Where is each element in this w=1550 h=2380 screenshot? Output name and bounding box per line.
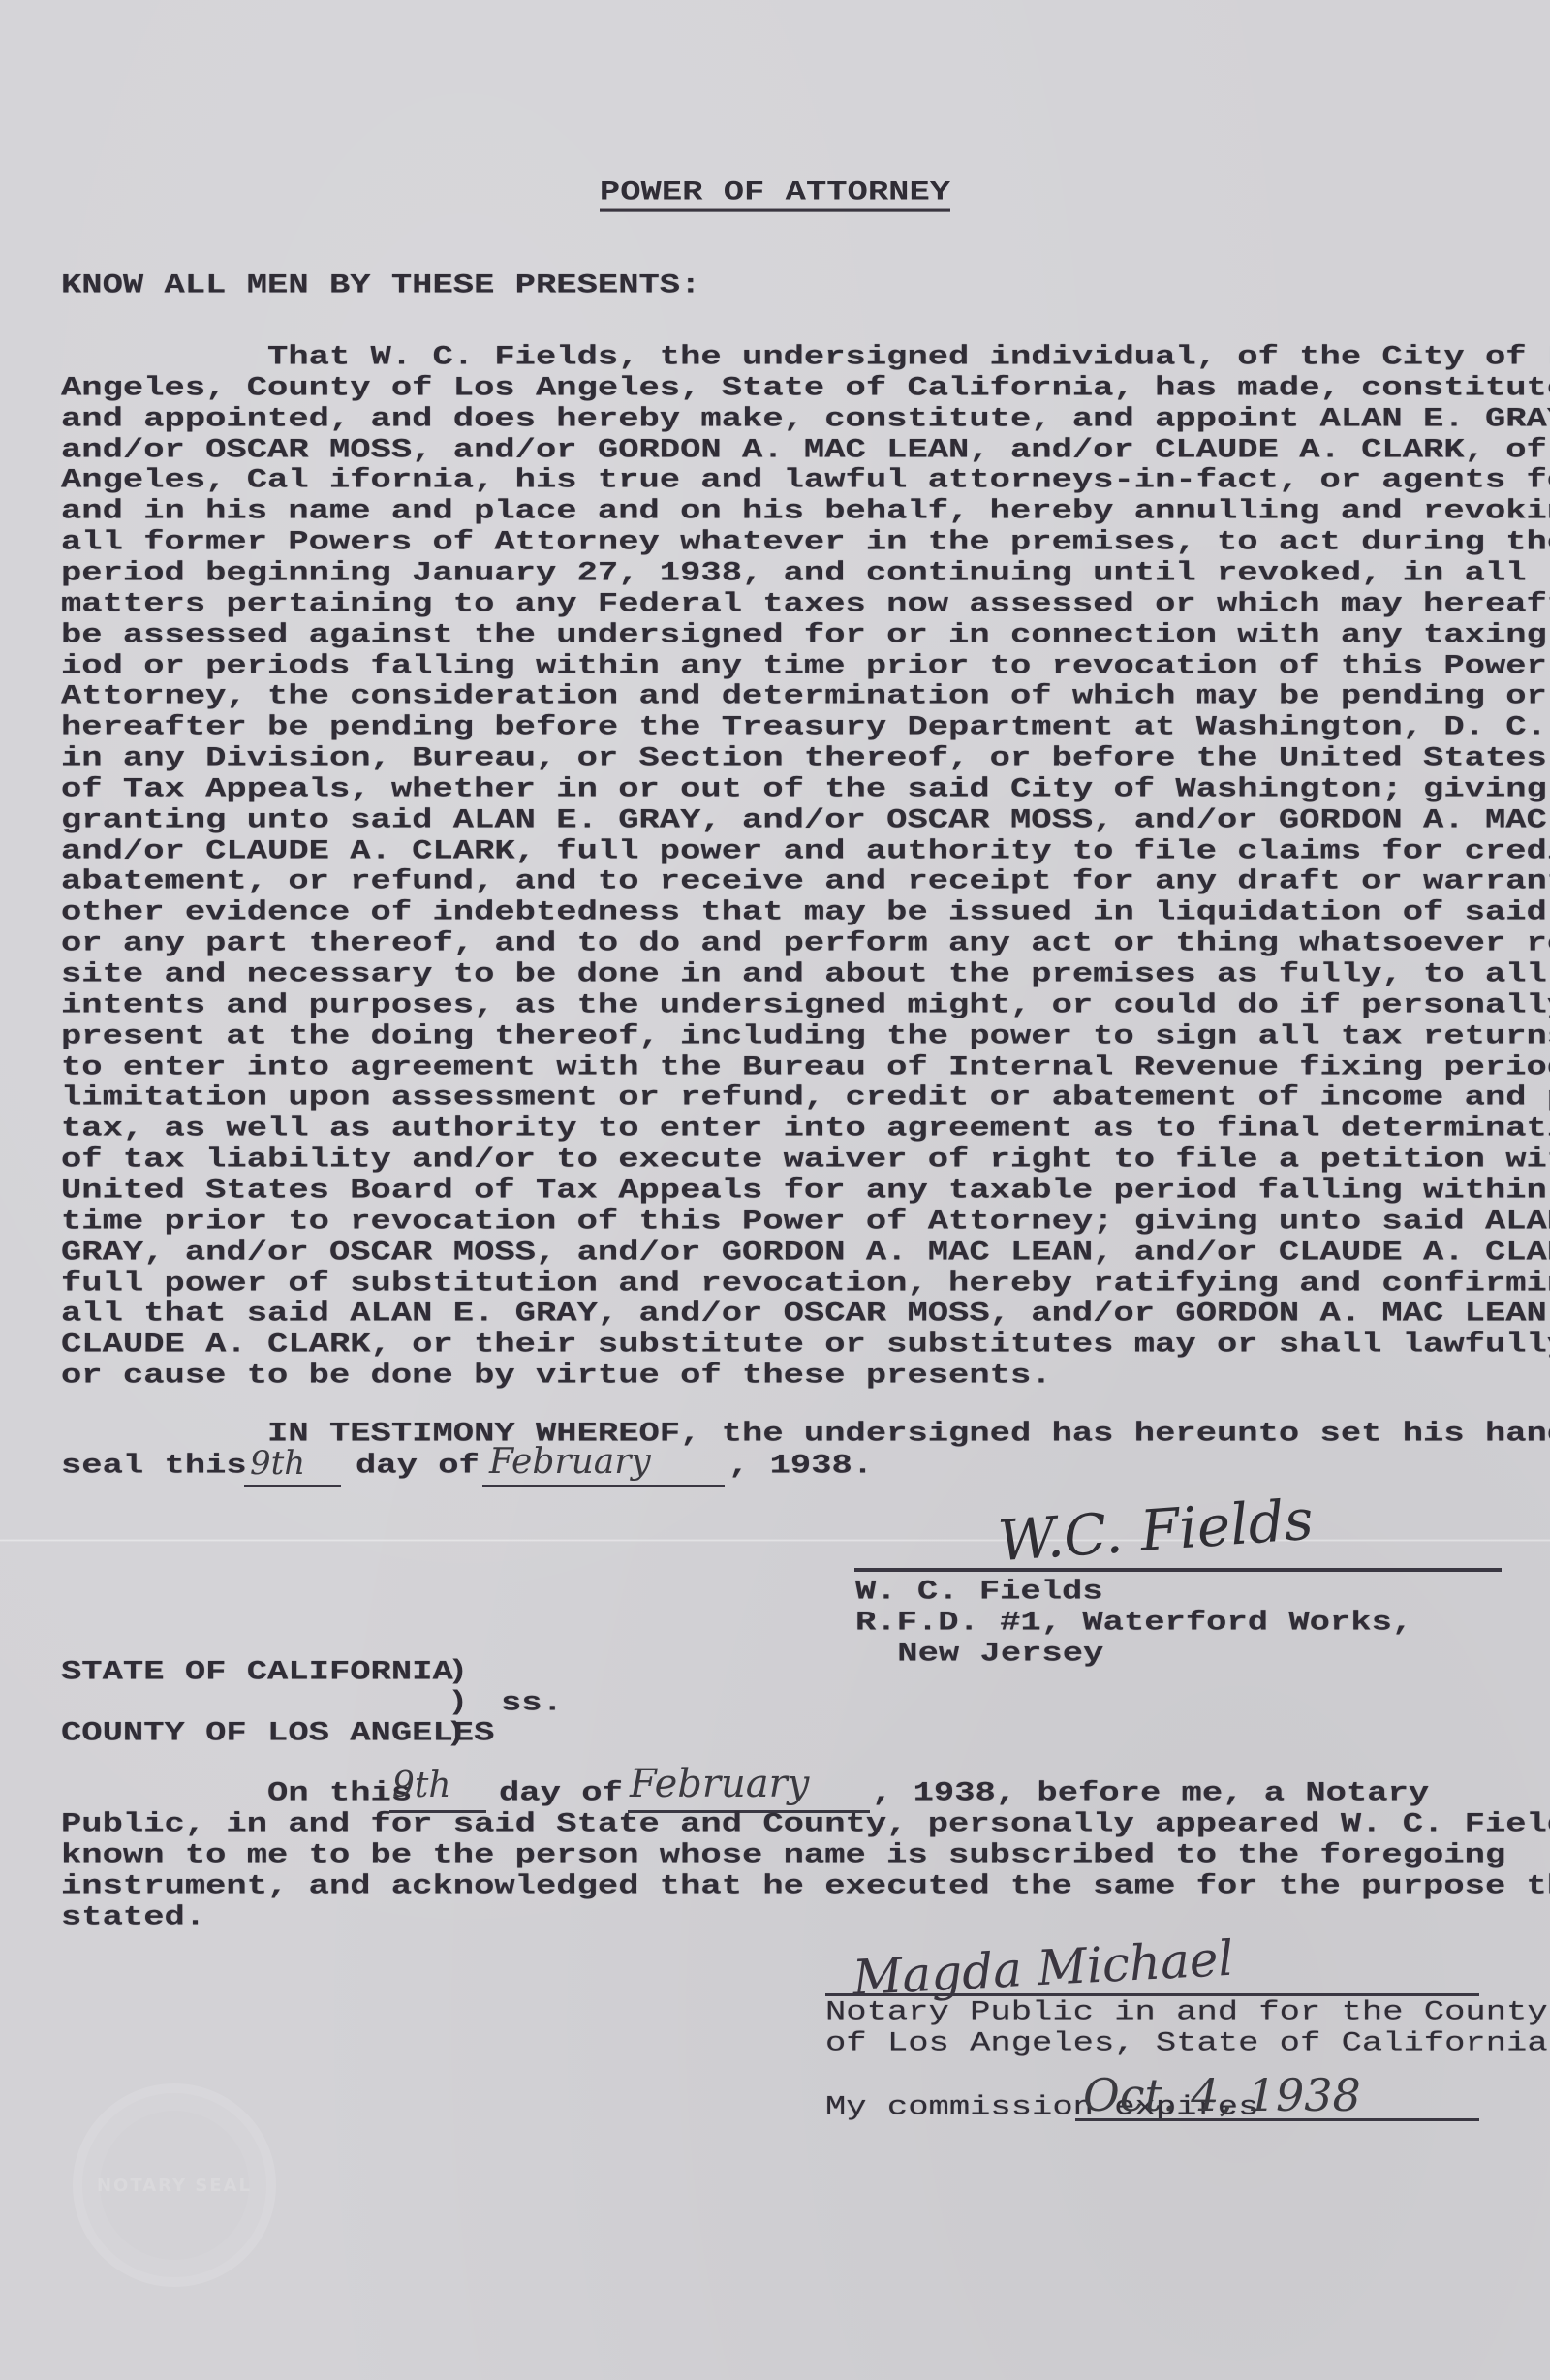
venue-county: COUNTY OF LOS ANGELES [61, 1721, 494, 1745]
venue-state: STATE OF CALIFORNIA [61, 1660, 453, 1684]
body-line: site and necessary to be done in and abo… [61, 962, 1547, 986]
venue-bracket-bottom: ) [446, 1717, 466, 1748]
body-line: of tax liability and/or to execute waive… [61, 1147, 1550, 1172]
body-line: be assessed against the undersigned for … [61, 623, 1550, 647]
ack-line-1: Public, in and for said State and County… [61, 1812, 1550, 1836]
embossed-notary-seal: NOTARY SEAL [73, 2083, 276, 2287]
body-line: period beginning January 27, 1938, and c… [61, 561, 1527, 585]
handwritten-month: February [489, 1442, 651, 1482]
ack-line-4: stated. [61, 1905, 205, 1929]
body-line: or any part thereof, and to do and perfo… [61, 931, 1550, 955]
body-line: and/or OSCAR MOSS, and/or GORDON A. MAC … [61, 438, 1550, 462]
body-line: tax, as well as authority to enter into … [61, 1116, 1550, 1141]
body-line: time prior to revocation of this Power o… [61, 1209, 1550, 1234]
document-title-wrap: POWER OF ATTORNEY [0, 176, 1550, 222]
grantor-signature: W.C. Fields [996, 1487, 1316, 1575]
ack-handwritten-day: 9th [392, 1766, 451, 1805]
notary-title-2: of Los Angeles, State of California [825, 2031, 1548, 2055]
ack-line-3: instrument, and acknowledged that he exe… [61, 1874, 1550, 1898]
ack-suffix: , 1938, before me, a Notary [872, 1781, 1429, 1805]
venue-bracket-mid: ) [448, 1686, 468, 1717]
body-line: and appointed, and does hereby make, con… [61, 407, 1550, 431]
ack-handwritten-month: February [630, 1762, 809, 1806]
body-line: of Tax Appeals, whether in or out of the… [61, 777, 1550, 801]
body-line: in any Division, Bureau, or Section ther… [61, 746, 1550, 770]
testimony-line-2-prefix: seal this [61, 1454, 247, 1478]
body-line: full power of substitution and revocatio… [61, 1271, 1550, 1296]
body-line: GRAY, and/or OSCAR MOSS, and/or GORDON A… [61, 1240, 1550, 1265]
ack-prefix: On this [61, 1781, 412, 1805]
body-line: Angeles, Cal ifornia, his true and lawfu… [61, 468, 1550, 492]
testimony-year: , 1938. [728, 1454, 873, 1478]
grantor-address-2: New Jersey [877, 1642, 1103, 1666]
grantor-address-1: R.F.D. #1, Waterford Works, [855, 1611, 1412, 1635]
ack-day-of: day of [499, 1781, 623, 1805]
ack-line-2: known to me to be the person whose name … [61, 1843, 1505, 1867]
notary-title-1: Notary Public in and for the County [825, 2000, 1548, 2024]
body-line: intents and purposes, as the undersigned… [61, 993, 1550, 1018]
venue-bracket-top: ) [448, 1655, 468, 1686]
venue-ss: ss. [501, 1691, 563, 1715]
day-underline [244, 1485, 341, 1487]
commission-date: Oct. 4, 1938 [1083, 2069, 1361, 2121]
body-line: Angeles, County of Los Angeles, State of… [61, 376, 1550, 400]
body-line: matters pertaining to any Federal taxes … [61, 592, 1550, 616]
seal-text: NOTARY SEAL [97, 2176, 252, 2196]
body-line: all that said ALAN E. GRAY, and/or OSCAR… [61, 1301, 1550, 1326]
body-line: iod or periods falling within any time p… [61, 654, 1550, 678]
body-line: Attorney, the consideration and determin… [61, 684, 1550, 708]
handwritten-day: 9th [250, 1444, 305, 1483]
commission-date-underline [1075, 2118, 1479, 2121]
body-line: United States Board of Tax Appeals for a… [61, 1178, 1550, 1203]
body-line: granting unto said ALAN E. GRAY, and/or … [61, 808, 1550, 832]
body-line: other evidence of indebtedness that may … [61, 900, 1550, 924]
body-line: or cause to be done by virtue of these p… [61, 1363, 1052, 1388]
body-line: That W. C. Fields, the undersigned indiv… [61, 345, 1550, 369]
body-line: and in his name and place and on his beh… [61, 499, 1550, 523]
body-line: and/or CLAUDE A. CLARK, full power and a… [61, 839, 1550, 863]
testimony-day-of: day of [356, 1454, 480, 1478]
paper-fold-crease [0, 1539, 1550, 1542]
body-line: hereafter be pending before the Treasury… [61, 715, 1550, 739]
body-line: present at the doing thereof, including … [61, 1024, 1550, 1049]
grantor-name: W. C. Fields [855, 1580, 1103, 1604]
document-title: POWER OF ATTORNEY [600, 176, 950, 212]
body-line: limitation upon assessment or refund, cr… [61, 1085, 1550, 1110]
grantor-signature-line [854, 1568, 1502, 1572]
salutation: KNOW ALL MEN BY THESE PRESENTS: [61, 273, 700, 297]
body-line: to enter into agreement with the Bureau … [61, 1055, 1550, 1080]
month-underline [482, 1485, 725, 1487]
body-line: abatement, or refund, and to receive and… [61, 869, 1550, 893]
body-line: all former Powers of Attorney whatever i… [61, 530, 1550, 554]
testimony-line-1: IN TESTIMONY WHEREOF, the undersigned ha… [61, 1422, 1550, 1446]
body-line: CLAUDE A. CLARK, or their substitute or … [61, 1332, 1550, 1357]
